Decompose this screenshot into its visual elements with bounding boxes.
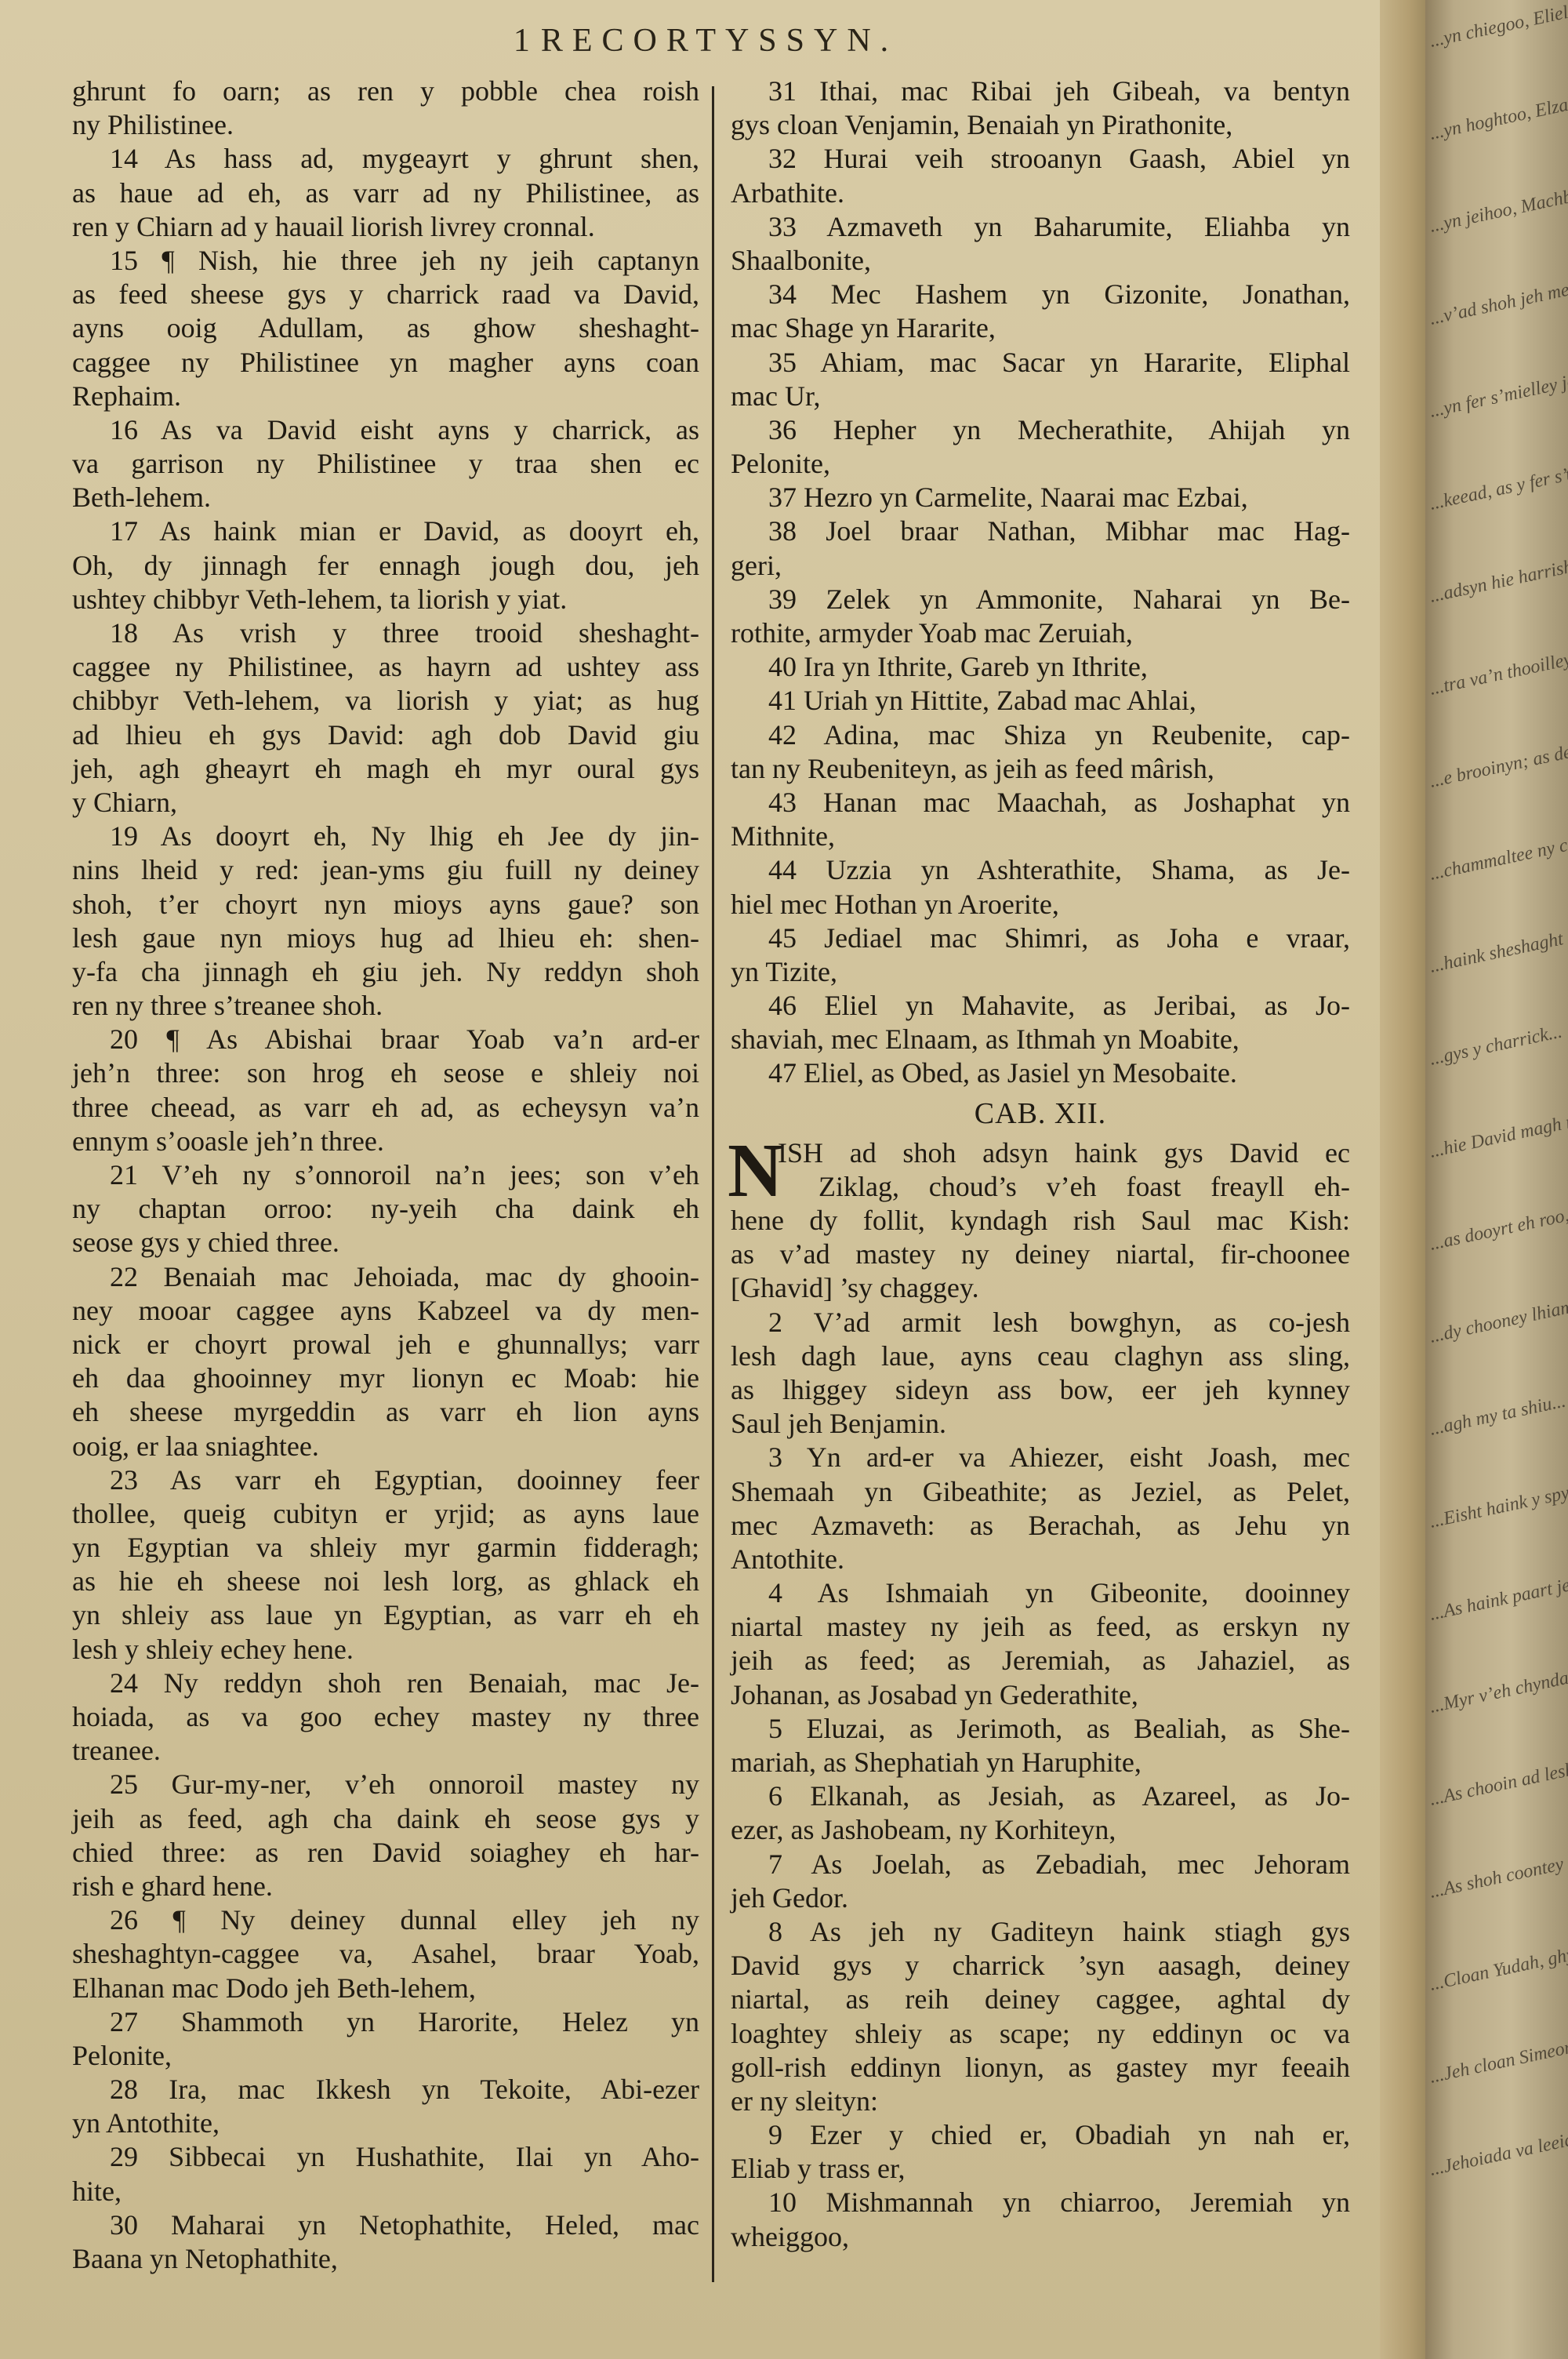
text-line: shaviah, mec Elnaam, as Ithmah yn Moabit… — [731, 1023, 1350, 1056]
text-line: Mithnite, — [731, 820, 1350, 853]
right-column: 31 Ithai, mac Ribai jeh Gibeah, va benty… — [731, 75, 1350, 2254]
text-line: ny chaptan orroo: ny-yeih cha daink eh — [72, 1192, 699, 1226]
text-line: ezer, as Jashobeam, ny Korhiteyn, — [731, 1813, 1350, 1847]
text-line: wheiggoo, — [731, 2220, 1350, 2254]
text-line: 31 Ithai, mac Ribai jeh Gibeah, va benty… — [731, 75, 1350, 108]
text-line: Johanan, as Josabad yn Gederathite, — [731, 1678, 1350, 1712]
text-line: Oh, dy jinnagh fer ennagh jough dou, jeh — [72, 549, 699, 583]
text-line: 10 Mishmannah yn chiarroo, Jeremiah yn — [731, 2186, 1350, 2219]
text-line: Shaalbonite, — [731, 244, 1350, 278]
text-line: 21 V’eh ny s’onnoroil na’n jees; son v’e… — [72, 1158, 699, 1192]
text-line: 9 Ezer y chied er, Obadiah yn nah er, — [731, 2118, 1350, 2152]
text-line: as hie eh sheese noi lesh lorg, as ghlac… — [72, 1565, 699, 1598]
facing-page-text: ...agh my ta shiu... — [1428, 1391, 1567, 1441]
text-line: 42 Adina, mac Shiza yn Reubenite, cap- — [731, 718, 1350, 752]
facing-page-text: ...tra va’n thooilley er lhieeney... — [1428, 628, 1568, 700]
text-line: lesh gaue nyn mioys hug ad lhieu eh: she… — [72, 921, 699, 955]
text-line: 30 Maharai yn Netophathite, Heled, mac — [72, 2208, 699, 2242]
text-line: treanee. — [72, 1734, 699, 1768]
text-line: jeh, agh gheayrt eh magh eh myr oural gy… — [72, 752, 699, 786]
text-line: ooig, er laa sniaghtee. — [72, 1430, 699, 1463]
text-line: 36 Hepher yn Mecherathite, Ahijah yn — [731, 413, 1350, 447]
text-line: 38 Joel braar Nathan, Mibhar mac Hag- — [731, 514, 1350, 548]
left-column: ghrunt fo oarn; as ren y pobble chea roi… — [72, 75, 699, 2276]
text-line: mec Azmaveth: as Berachah, as Jehu yn — [731, 1509, 1350, 1543]
text-line: 17 As haink mian er David, as dooyrt eh, — [72, 514, 699, 548]
facing-page-text: ...yn chiegoo, Eliel... — [1428, 0, 1568, 53]
text-line: ennym s’ooasle jeh’n three. — [72, 1125, 699, 1158]
text-line: mac Ur, — [731, 380, 1350, 413]
facing-page-edge: ...yn chiegoo, Eliel......yn hoghtoo, El… — [1425, 0, 1568, 2359]
text-line: 22 Benaiah mac Jehoiada, mac dy ghooin- — [72, 1260, 699, 1294]
text-line: nins lheid y red: jean-yms giu fuill ny … — [72, 853, 699, 887]
text-line: mac Shage yn Hararite, — [731, 311, 1350, 345]
text-line: yn Antothite, — [72, 2106, 699, 2140]
text-line: David gys y charrick ’syn aasagh, deiney — [731, 1949, 1350, 1983]
text-line: chibbyr Veth-lehem, va liorish y yiat; a… — [72, 684, 699, 718]
text-line: Saul jeh Benjamin. — [731, 1407, 1350, 1441]
book-title: RECORTYSSYN. — [541, 23, 898, 59]
text-line: 41 Uriah yn Hittite, Zabad mac Ahlai, — [731, 684, 1350, 718]
text-line: caggee ny Philistinee yn magher ayns coa… — [72, 346, 699, 380]
text-line: niartal mastey ny jeih as feed, as ersky… — [731, 1610, 1350, 1644]
text-line: Shemaah yn Gibeathite; as Jeziel, as Pel… — [731, 1475, 1350, 1509]
text-line: er ny sleityn: — [731, 2085, 1350, 2118]
text-line: 47 Eliel, as Obed, as Jasiel yn Mesobait… — [731, 1056, 1350, 1090]
text-line: Rephaim. — [72, 380, 699, 413]
text-line: Baana yn Netophathite, — [72, 2242, 699, 2276]
facing-page-text: ...yn fer s’mielley jeu... — [1428, 366, 1568, 423]
text-line: thollee, queig cubityn er yrjid; as ayns… — [72, 1497, 699, 1531]
page-number: 1 — [514, 23, 530, 59]
facing-page-text: ...As chooin ad lesh David noi... — [1428, 1739, 1568, 1810]
text-line: ushtey chibbyr Veth-lehem, ta liorish y … — [72, 583, 699, 616]
text-line: eh sheese myrgeddin as varr eh lion ayns — [72, 1395, 699, 1429]
facing-page-text: ...Eisht haink y spyrryd er Amasai... — [1428, 1456, 1568, 1533]
text-line: Ziklag, choud’s v’eh foast freayll eh- — [731, 1170, 1350, 1204]
text-line: ayns ooig Adullam, as ghow sheshaght- — [72, 311, 699, 345]
facing-page-text: ...As shoh coontey ny sheshaghtyn... — [1428, 1826, 1568, 1903]
text-line: yn Egyptian va shleiy myr garmin fiddera… — [72, 1531, 699, 1565]
text-line: as feed sheese gys y charrick raad va Da… — [72, 278, 699, 311]
text-line: Pelonite, — [72, 2039, 699, 2073]
text-line: 46 Eliel yn Mahavite, as Jeribai, as Jo- — [731, 989, 1350, 1023]
text-line: 8 As jeh ny Gaditeyn haink stiagh gys — [731, 1915, 1350, 1949]
text-line: hoiada, as va goo echey mastey ny three — [72, 1700, 699, 1734]
text-line: nick er choyrt prowal jeh e ghunnallys; … — [72, 1328, 699, 1361]
text-line: as haue ad eh, as varr ad ny Philistinee… — [72, 176, 699, 210]
text-line: 7 As Joelah, as Zebadiah, mec Jehoram — [731, 1848, 1350, 1881]
chapter-heading: CAB. XII. — [731, 1091, 1350, 1136]
text-line: ad lhieu eh gys David: agh dob David giu — [72, 718, 699, 752]
text-line: rish e ghard hene. — [72, 1870, 699, 1903]
facing-page-text: ...haink sheshaght dy chloan Venjamin... — [1428, 894, 1568, 978]
text-line: Antothite. — [731, 1543, 1350, 1576]
text-line: [Ghavid] ’sy chaggey. — [731, 1271, 1350, 1305]
text-line: as lhiggey sideyn ass bow, eer jeh kynne… — [731, 1373, 1350, 1407]
facing-page-text: ...v’ad shoh jeh mec Ghad, captanyn ’sy.… — [1428, 244, 1568, 329]
text-line: ny Philistinee. — [72, 108, 699, 142]
text-line: 18 As vrish y three trooid sheshaght- — [72, 616, 699, 650]
text-line: hiel mec Hothan yn Aroerite, — [731, 888, 1350, 921]
text-line: jeih as feed, agh cha daink eh seose gys… — [72, 1802, 699, 1836]
text-line: 4 As Ishmaiah yn Gibeonite, dooinney — [731, 1576, 1350, 1610]
text-line: Elhanan mac Dodo jeh Beth-lehem, — [72, 1972, 699, 2005]
facing-page-text: ...e brooinyn; as deiyr ad ersooyl... — [1428, 717, 1568, 792]
facing-page-text: ...yn hoghtoo, Elzabad... — [1428, 86, 1568, 145]
verses-chapter-11-end: 31 Ithai, mac Ribai jeh Gibeah, va benty… — [731, 75, 1350, 1091]
text-line: 34 Mec Hashem yn Gizonite, Jonathan, — [731, 278, 1350, 311]
text-line: chied three: as ren David soiaghey eh ha… — [72, 1836, 699, 1870]
text-line: ren ny three s’treanee shoh. — [72, 989, 699, 1023]
text-line: jeh’n three: son hrog eh seose e shleiy … — [72, 1056, 699, 1090]
text-line: 24 Ny reddyn shoh ren Benaiah, mac Je- — [72, 1667, 699, 1700]
facing-page-text: ...chammaltee ny coanyn, chammah... — [1428, 805, 1568, 885]
text-line: 33 Azmaveth yn Baharumite, Eliahba yn — [731, 210, 1350, 244]
text-line: lesh y shleiy echey hene. — [72, 1633, 699, 1667]
text-line: 43 Hanan mac Maachah, as Joshaphat yn — [731, 786, 1350, 820]
text-line: eh daa ghooinney myr lionyn ec Moab: hie — [72, 1361, 699, 1395]
text-line: 29 Sibbecai yn Hushathite, Ilai yn Aho- — [72, 2140, 699, 2174]
text-line: shoh, t’er choyrt nyn mioys ayns gaue? s… — [72, 888, 699, 921]
text-line: ney mooar caggee ayns Kabzeel va dy men- — [72, 1294, 699, 1328]
text-line: ghrunt fo oarn; as ren y pobble chea roi… — [72, 75, 699, 108]
verses-chapter-12: hene dy follit, kyndagh rish Saul mac Ki… — [731, 1204, 1350, 2254]
text-line: hene dy follit, kyndagh rish Saul mac Ki… — [731, 1204, 1350, 1238]
text-line: 39 Zelek yn Ammonite, Naharai yn Be- — [731, 583, 1350, 616]
text-line: Beth-lehem. — [72, 481, 699, 514]
text-line: 14 As hass ad, mygeayrt y ghrunt shen, — [72, 142, 699, 176]
text-line: three cheead, as varr eh ad, as echeysyn… — [72, 1091, 699, 1125]
text-line: va garrison ny Philistinee y traa shen e… — [72, 447, 699, 481]
text-line: jeh Gedor. — [731, 1881, 1350, 1915]
running-header: 1RECORTYSSYN. — [0, 22, 1411, 60]
facing-page-text: ...adsyn hie harrish Jordan ayns... — [1428, 533, 1568, 607]
text-line: Eliab y trass er, — [731, 2152, 1350, 2186]
text-line: geri, — [731, 549, 1350, 583]
facing-page-text: ...gys y charrick... — [1428, 1022, 1564, 1070]
text-line: yn shleiy ass laue yn Egyptian, as varr … — [72, 1598, 699, 1632]
text-line: niartal, as reih deiney caggee, aghtal d… — [731, 1983, 1350, 2016]
text-line: 19 As dooyrt eh, Ny lhig eh Jee dy jin- — [72, 820, 699, 853]
chapter-opening: N ISH ad shoh adsyn haink gys David ec Z… — [731, 1136, 1350, 1204]
text-line: sheshaghtyn-caggee va, Asahel, braar Yoa… — [72, 1937, 699, 1971]
text-line: tan ny Reubeniteyn, as jeih as feed mâri… — [731, 752, 1350, 786]
text-line: rothite, armyder Yoab mac Zeruiah, — [731, 616, 1350, 650]
facing-page-text: ...Jeh cloan Simeon, deiney niartal... — [1428, 2010, 1568, 2088]
text-line: lesh dagh laue, ayns ceau claghyn ass sl… — [731, 1339, 1350, 1373]
text-line: 6 Elkanah, as Jesiah, as Azareel, as Jo- — [731, 1779, 1350, 1813]
facing-page-text: ...keead, as y fer s’treanee harrish... — [1428, 438, 1568, 515]
facing-page-text: ...hie David magh nyn guail... — [1428, 1096, 1568, 1163]
book-page: 1RECORTYSSYN. ghrunt fo oarn; as ren y p… — [0, 0, 1411, 2359]
text-line: caggee ny Philistinee, as hayrn ad ushte… — [72, 650, 699, 684]
book-gutter — [1380, 0, 1427, 2359]
text-line: 2 V’ad armit lesh bowghyn, as co-jesh — [731, 1306, 1350, 1339]
text-line: 25 Gur-my-ner, v’eh onnoroil mastey ny — [72, 1768, 699, 1801]
facing-page-text: ...as dooyrt eh roo, My ta shiu... — [1428, 1185, 1568, 1256]
text-line: loaghtey shleiy as scape; ny eddinyn oc … — [731, 2017, 1350, 2051]
facing-page-text: ...As haink paart jeh Manasseh... — [1428, 1554, 1568, 1626]
text-line: 44 Uzzia yn Ashterathite, Shama, as Je- — [731, 853, 1350, 887]
text-line: 28 Ira, mac Ikkesh yn Tekoite, Abi-ezer — [72, 2073, 699, 2106]
text-line: 20 ¶ As Abishai braar Yoab va’n ard-er — [72, 1023, 699, 1056]
text-line: gys cloan Venjamin, Benaiah yn Pirathoni… — [731, 108, 1350, 142]
text-line: 26 ¶ Ny deiney dunnal elley jeh ny — [72, 1903, 699, 1937]
text-line: 23 As varr eh Egyptian, dooinney feer — [72, 1463, 699, 1497]
text-line: 27 Shammoth yn Harorite, Helez yn — [72, 2005, 699, 2039]
text-line: as v’ad mastey ny deiney niartal, fir-ch… — [731, 1238, 1350, 1271]
text-line: 45 Jediael mac Shimri, as Joha e vraar, — [731, 921, 1350, 955]
column-divider — [712, 86, 714, 2282]
text-line: jeih as feed; as Jeremiah, as Jahaziel, … — [731, 1644, 1350, 1677]
text-line: Pelonite, — [731, 447, 1350, 481]
text-line: yn Tizite, — [731, 955, 1350, 989]
text-line: 32 Hurai veih strooanyn Gaash, Abiel yn — [731, 142, 1350, 176]
text-line: y Chiarn, — [72, 786, 699, 820]
facing-page-text: ...Cloan Yudah, ghymmyrkey... — [1428, 1928, 1568, 1996]
text-line: goll-rish eddinyn lionyn, as gastey myr … — [731, 2051, 1350, 2085]
text-line: 35 Ahiam, mac Sacar yn Hararite, Eliphal — [731, 346, 1350, 380]
text-line: y-fa cha jinnagh eh giu jeh. Ny reddyn s… — [72, 955, 699, 989]
text-line: hite, — [72, 2175, 699, 2208]
text-line: ren y Chiarn ad y hauail liorish livrey … — [72, 210, 699, 244]
facing-page-text: ...yn jeihoo, Machbanai yn... — [1428, 172, 1568, 238]
facing-page-text: ...dy chooney lhiam... — [1428, 1294, 1568, 1348]
text-line: 37 Hezro yn Carmelite, Naarai mac Ezbai, — [731, 481, 1350, 514]
facing-page-text: ...Myr v’eh chyndaa gys Ziklag... — [1428, 1646, 1568, 1718]
text-line: 40 Ira yn Ithrite, Gareb yn Ithrite, — [731, 650, 1350, 684]
text-line: Arbathite. — [731, 176, 1350, 210]
text-line: 3 Yn ard-er va Ahiezer, eisht Joash, mec — [731, 1441, 1350, 1474]
facing-page-text: ...Jehoiada va leeideilagh... — [1428, 2117, 1568, 2181]
text-line: 16 As va David eisht ayns y charrick, as — [72, 413, 699, 447]
drop-cap: N — [728, 1140, 783, 1202]
text-line: seose gys y chied three. — [72, 1226, 699, 1259]
text-line: ISH ad shoh adsyn haink gys David ec — [731, 1136, 1350, 1170]
text-line: 15 ¶ Nish, hie three jeh ny jeih captany… — [72, 244, 699, 278]
text-line: 5 Eluzai, as Jerimoth, as Bealiah, as Sh… — [731, 1712, 1350, 1746]
text-line: mariah, as Shephatiah yn Haruphite, — [731, 1746, 1350, 1779]
